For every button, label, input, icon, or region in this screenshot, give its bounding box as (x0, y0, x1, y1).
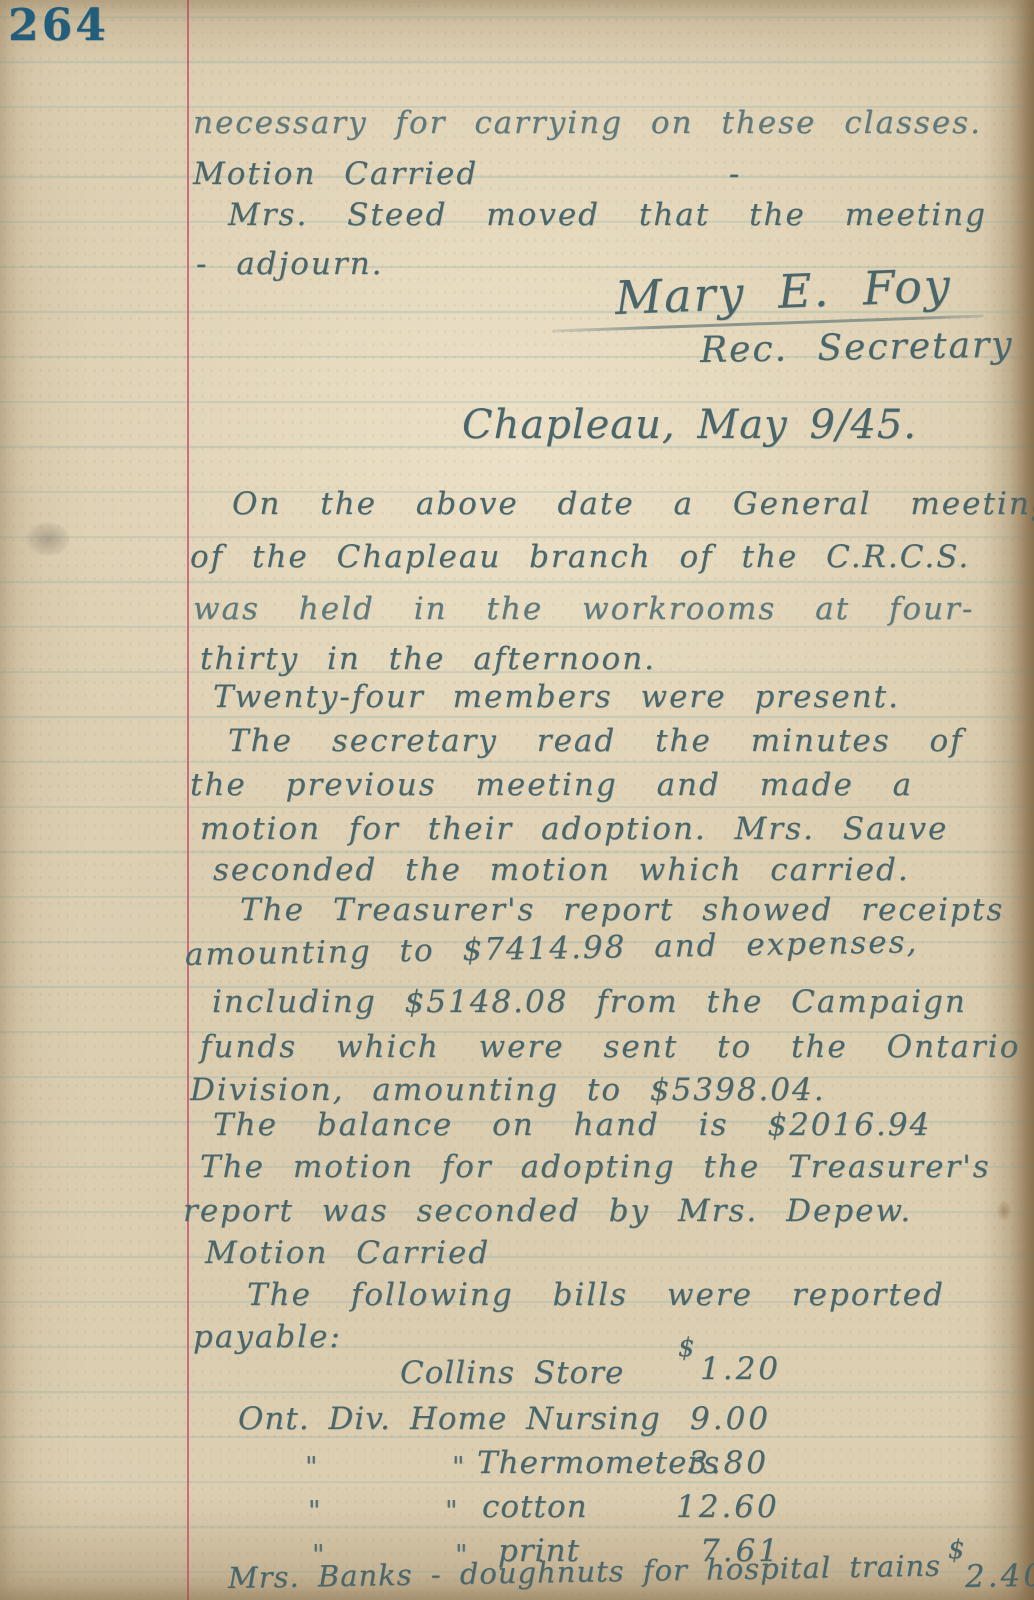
bill-amount: 2.40 (965, 1559, 1034, 1596)
handwriting-line: On the above date a General meeting (232, 487, 1034, 523)
signature-title: Rec. Secretary (700, 325, 1014, 372)
handwriting-line: thirty in the afternoon. (200, 642, 656, 678)
ditto-mark: " (445, 1496, 459, 1527)
handwriting-line: Mrs. Steed moved that the meeting (228, 198, 987, 234)
handwriting-line: - adjourn. (196, 247, 384, 283)
minute-book-page: 264 necessary for carrying on these clas… (0, 0, 1034, 1600)
bill-payee: Thermometers (477, 1446, 720, 1482)
handwriting-line: Motion Carried (205, 1236, 490, 1272)
ditto-mark: " (308, 1496, 322, 1527)
page-number: 264 (8, 0, 109, 51)
handwriting-line: was held in the workrooms at four- (193, 592, 974, 628)
bill-amount: 12.60 (676, 1490, 780, 1526)
bill-payee: Ont. Div. Home Nursing (238, 1402, 661, 1438)
bill-amount: 1.20 (700, 1352, 781, 1388)
ditto-mark: " (305, 1452, 319, 1483)
handwriting-line: Twenty-four members were present. (213, 680, 900, 716)
handwriting-line: The following bills were reported (247, 1278, 945, 1314)
handwriting-line: seconded the motion which carried. (213, 853, 910, 889)
handwriting-line: Motion Carried - (193, 157, 741, 193)
dollar-sign: $ (678, 1334, 697, 1364)
handwriting-line: including $5148.08 from the Campaign (212, 985, 967, 1021)
handwriting-line: motion for their adoption. Mrs. Sauve (200, 812, 948, 848)
handwriting-line: of the Chapleau branch of the C.R.C.S. (190, 540, 970, 576)
handwriting-line: Division, amounting to $5398.04. (190, 1073, 826, 1109)
bill-payee: cotton (482, 1490, 588, 1526)
handwriting-line: The Treasurer's report showed receipts (240, 893, 1004, 929)
handwriting-line: the previous meeting and made a (190, 768, 913, 804)
dateline: Chapleau, May 9/45. (462, 402, 917, 448)
handwriting-line: The balance on hand is $2016.94 (213, 1108, 931, 1144)
bill-payee: Collins Store (400, 1356, 624, 1392)
handwriting-line: The motion for adopting the Treasurer's (200, 1150, 991, 1186)
handwriting-line: funds which were sent to the Ontario (200, 1030, 1020, 1066)
handwriting-line: report was seconded by Mrs. Depew. (183, 1194, 912, 1230)
handwriting-line: The secretary read the minutes of (228, 724, 964, 760)
handwriting-line: necessary for carrying on these classes. (193, 106, 982, 142)
bill-amount: 9.00 (690, 1402, 771, 1438)
handwriting-line: payable: (193, 1320, 342, 1356)
ditto-mark: " (452, 1452, 466, 1483)
bill-amount: 3.80 (688, 1446, 769, 1482)
